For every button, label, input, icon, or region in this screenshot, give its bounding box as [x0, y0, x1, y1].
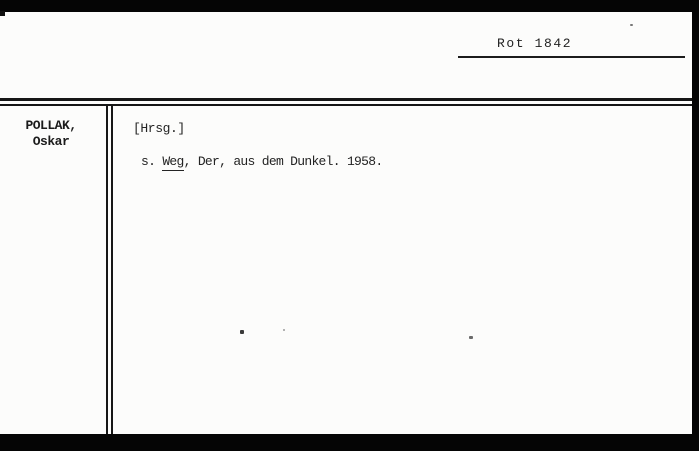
role-note: [Hrsg.] — [133, 120, 185, 137]
reference-rest: , Der, aus dem Dunkel. 1958. — [184, 154, 383, 169]
scan-speck — [630, 24, 633, 26]
cross-reference: s. Weg, Der, aus dem Dunkel. 1958. — [141, 153, 382, 170]
author-surname: POLLAK, — [0, 118, 102, 134]
scanned-page: Rot 1842 POLLAK, Oskar [Hrsg.] s. Weg, D… — [0, 0, 699, 451]
header-double-rule — [0, 98, 692, 106]
scan-speck — [240, 330, 244, 334]
see-abbreviation: s. — [141, 154, 162, 169]
referenced-title-underlined: Weg — [162, 154, 183, 171]
call-number-underline — [458, 56, 685, 58]
call-number: Rot 1842 — [497, 36, 572, 51]
author-forename: Oskar — [0, 134, 102, 150]
scan-artifact-notch — [0, 11, 5, 16]
scan-speck — [469, 336, 473, 339]
scan-speck — [283, 329, 285, 331]
column-divider-double-rule — [106, 106, 113, 434]
author-heading: POLLAK, Oskar — [0, 118, 102, 150]
catalog-card: Rot 1842 POLLAK, Oskar [Hrsg.] s. Weg, D… — [0, 12, 692, 434]
